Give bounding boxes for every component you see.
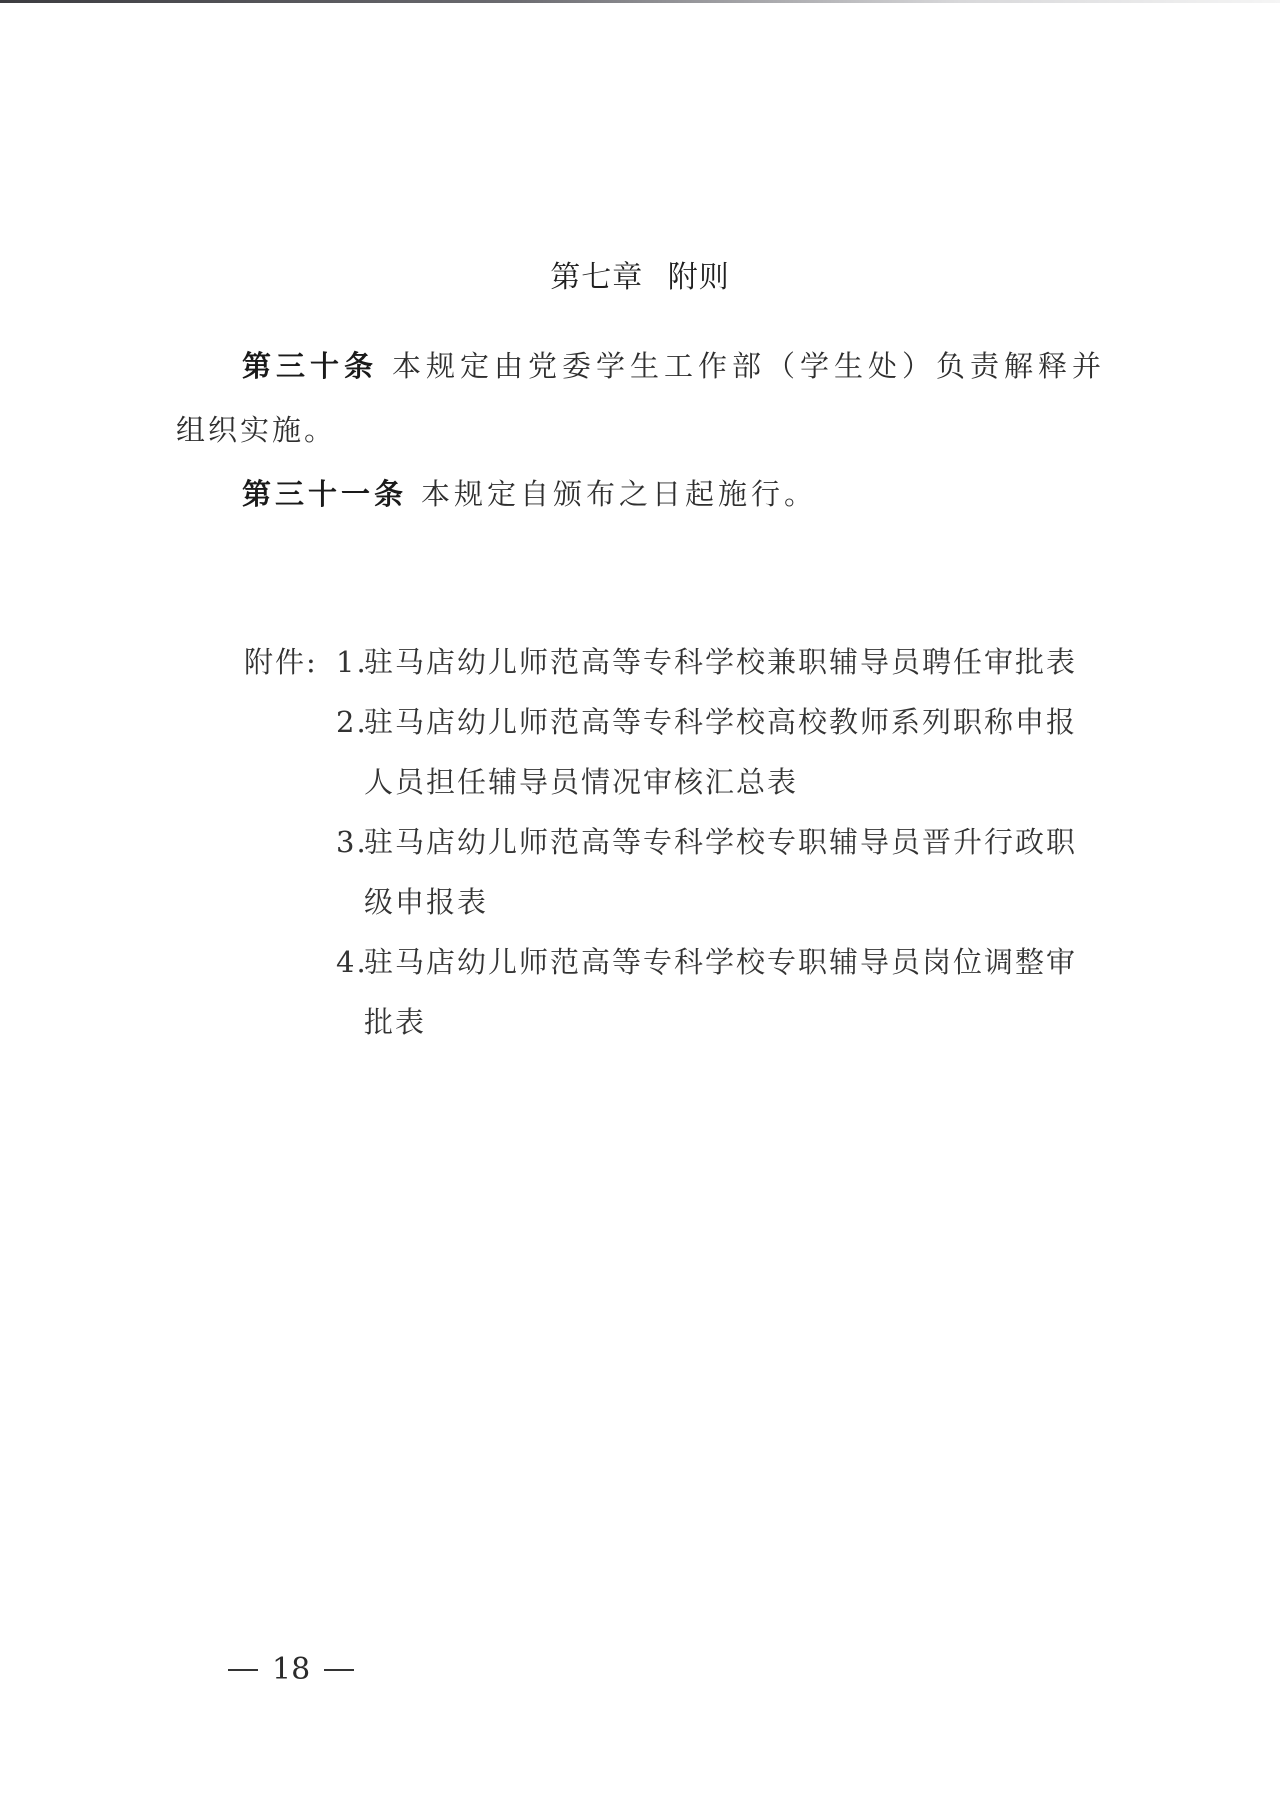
article-31: 第三十一条本规定自颁布之日起施行。 xyxy=(242,464,817,524)
article-30-label: 第三十条 xyxy=(242,349,378,383)
article-31-text: 本规定自颁布之日起施行。 xyxy=(421,477,817,511)
attachment-item-4: 4. 驻马店幼儿师范高等专科学校专职辅导员岗位调整审 xyxy=(244,932,1077,992)
attachment-title-continued: 批表 xyxy=(364,992,426,1052)
attachment-item-3-continued: 级申报表 xyxy=(244,872,1077,932)
article-31-label: 第三十一条 xyxy=(242,477,407,511)
attachment-number: 3. xyxy=(336,812,364,872)
attachment-item-2-continued: 人员担任辅导员情况审核汇总表 xyxy=(244,752,1077,812)
article-30-text-continued: 组织实施。 xyxy=(176,400,336,460)
dash-left xyxy=(228,1669,258,1671)
attachment-title: 驻马店幼儿师范高等专科学校高校教师系列职称申报 xyxy=(364,692,1077,752)
article-30: 第三十条本规定由党委学生工作部（学生处）负责解释并 xyxy=(242,336,1122,396)
attachments-list: 附件: 1. 驻马店幼儿师范高等专科学校兼职辅导员聘任审批表 2. 驻马店幼儿师… xyxy=(244,632,1077,1052)
attachment-title: 驻马店幼儿师范高等专科学校兼职辅导员聘任审批表 xyxy=(364,632,1077,692)
chapter-title: 第七章 附则 xyxy=(0,252,1280,296)
attachment-title: 驻马店幼儿师范高等专科学校专职辅导员晋升行政职 xyxy=(364,812,1077,872)
attachment-item-3: 3. 驻马店幼儿师范高等专科学校专职辅导员晋升行政职 xyxy=(244,812,1077,872)
page-number: 18 xyxy=(228,1652,354,1687)
attachment-number: 2. xyxy=(336,692,364,752)
document-page: 第七章 附则 第三十条本规定由党委学生工作部（学生处）负责解释并 组织实施。 第… xyxy=(0,0,1280,1814)
attachment-item-2: 2. 驻马店幼儿师范高等专科学校高校教师系列职称申报 xyxy=(244,692,1077,752)
article-30-text: 本规定由党委学生工作部（学生处）负责解释并 xyxy=(392,349,1106,383)
attachment-title-continued: 级申报表 xyxy=(364,872,488,932)
attachment-item-4-continued: 批表 xyxy=(244,992,1077,1052)
dash-right xyxy=(324,1669,354,1671)
attachment-item-1: 附件: 1. 驻马店幼儿师范高等专科学校兼职辅导员聘任审批表 xyxy=(244,632,1077,692)
attachment-title-continued: 人员担任辅导员情况审核汇总表 xyxy=(364,752,798,812)
attachments-prefix: 附件: xyxy=(244,632,336,692)
attachment-number: 1. xyxy=(336,632,364,692)
attachment-number: 4. xyxy=(336,932,364,992)
attachment-title: 驻马店幼儿师范高等专科学校专职辅导员岗位调整审 xyxy=(364,932,1077,992)
page-number-value: 18 xyxy=(272,1652,310,1687)
